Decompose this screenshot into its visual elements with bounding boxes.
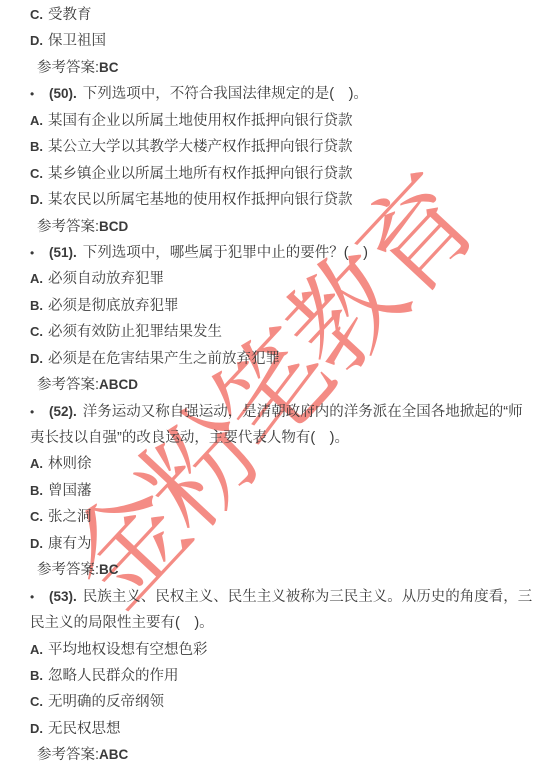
option-line: A.林则徐: [30, 451, 525, 477]
option-line: C.受教育: [30, 2, 525, 28]
answer-value: ABCD: [99, 377, 138, 392]
question-number: (51).: [49, 245, 77, 260]
answer-value: BC: [99, 60, 119, 75]
option-text: 必须有效防止犯罪结果发生: [48, 324, 222, 340]
answer-line: 参考答案:BCD: [30, 214, 525, 240]
answer-label: 参考答案:: [37, 377, 99, 393]
option-text: 受教育: [48, 7, 92, 23]
option-line: D.必须是在危害结果产生之前放弃犯罪: [30, 346, 525, 372]
option-text: 某公立大学以其教学大楼产权作抵押向银行贷款: [48, 139, 353, 155]
option-text: 必须自动放弃犯罪: [48, 271, 164, 287]
answer-line: 参考答案:BC: [30, 557, 525, 583]
option-text: 某农民以所属宅基地的使用权作抵押向银行贷款: [48, 192, 353, 208]
option-text: 保卫祖国: [48, 33, 106, 49]
option-line: B.忽略人民群众的作用: [30, 663, 525, 689]
option-label: B.: [30, 293, 48, 319]
continuation-line: 夷长技以自强”的改良运动，主要代表人物有( )。: [30, 425, 525, 451]
question-text-continued: 夷长技以自强”的改良运动，主要代表人物有( )。: [30, 430, 349, 446]
question-number: (52).: [49, 404, 77, 419]
answer-value: ABC: [99, 747, 128, 762]
answer-line: 参考答案:BC: [30, 55, 525, 81]
option-text: 必须是在危害结果产生之前放弃犯罪: [48, 351, 280, 367]
option-label: A.: [30, 451, 48, 477]
option-line: A.平均地权设想有空想色彩: [30, 637, 525, 663]
answer-line: 参考答案:ABC: [30, 742, 525, 768]
option-line: C.张之洞: [30, 504, 525, 530]
option-label: C.: [30, 161, 48, 187]
option-label: C.: [30, 2, 48, 28]
option-line: C.必须有效防止犯罪结果发生: [30, 319, 525, 345]
option-label: D.: [30, 716, 48, 742]
option-label: C.: [30, 689, 48, 715]
option-text: 某乡镇企业以所属土地所有权作抵押向银行贷款: [48, 166, 353, 182]
option-label: C.: [30, 504, 48, 530]
bullet-icon: •: [30, 584, 49, 610]
option-text: 必须是彻底放弃犯罪: [48, 298, 179, 314]
document-lines: C.受教育D.保卫祖国参考答案:BC•(50).下列选项中，不符合我国法律规定的…: [0, 0, 553, 768]
option-line: D.康有为: [30, 531, 525, 557]
question-line: •(50).下列选项中，不符合我国法律规定的是( )。: [30, 81, 525, 107]
option-line: A.某国有企业以所属土地使用权作抵押向银行贷款: [30, 108, 525, 134]
option-line: B.某公立大学以其教学大楼产权作抵押向银行贷款: [30, 134, 525, 160]
option-text: 康有为: [48, 536, 92, 552]
option-text: 无民权思想: [48, 721, 121, 737]
option-label: D.: [30, 346, 48, 372]
answer-value: BCD: [99, 219, 128, 234]
question-text: 洋务运动又称自强运动，是清朝政府内的洋务派在全国各地掀起的“师: [83, 404, 523, 420]
option-line: B.曾国藩: [30, 478, 525, 504]
option-text: 曾国藩: [48, 483, 92, 499]
bullet-icon: •: [30, 81, 49, 107]
option-text: 张之洞: [48, 509, 92, 525]
option-label: D.: [30, 531, 48, 557]
option-label: D.: [30, 187, 48, 213]
option-label: B.: [30, 478, 48, 504]
question-text: 民族主义、民权主义、民生主义被称为三民主义。从历史的角度看，三: [83, 589, 533, 605]
option-text: 某国有企业以所属土地使用权作抵押向银行贷款: [48, 113, 353, 129]
question-line: •(52).洋务运动又称自强运动，是清朝政府内的洋务派在全国各地掀起的“师: [30, 399, 525, 425]
answer-label: 参考答案:: [37, 562, 99, 578]
option-label: A.: [30, 637, 48, 663]
option-line: D.保卫祖国: [30, 28, 525, 54]
answer-label: 参考答案:: [37, 747, 99, 763]
option-line: D.某农民以所属宅基地的使用权作抵押向银行贷款: [30, 187, 525, 213]
question-text-continued: 民主义的局限性主要有( )。: [30, 615, 214, 631]
question-line: •(53).民族主义、民权主义、民生主义被称为三民主义。从历史的角度看，三: [30, 584, 525, 610]
question-text: 下列选项中，不符合我国法律规定的是( )。: [83, 86, 368, 102]
question-line: •(51).下列选项中，哪些属于犯罪中止的要件？( ): [30, 240, 525, 266]
answer-label: 参考答案:: [37, 219, 99, 235]
continuation-line: 民主义的局限性主要有( )。: [30, 610, 525, 636]
option-line: D.无民权思想: [30, 716, 525, 742]
option-line: A.必须自动放弃犯罪: [30, 266, 525, 292]
option-line: B.必须是彻底放弃犯罪: [30, 293, 525, 319]
bullet-icon: •: [30, 240, 49, 266]
option-line: C.无明确的反帝纲领: [30, 689, 525, 715]
option-text: 林则徐: [48, 456, 92, 472]
option-label: D.: [30, 28, 48, 54]
document-page: 金粉笔教育 C.受教育D.保卫祖国参考答案:BC•(50).下列选项中，不符合我…: [0, 0, 553, 768]
bullet-icon: •: [30, 399, 49, 425]
question-number: (50).: [49, 86, 77, 101]
answer-label: 参考答案:: [37, 60, 99, 76]
question-text: 下列选项中，哪些属于犯罪中止的要件？( ): [83, 245, 368, 261]
option-line: C.某乡镇企业以所属土地所有权作抵押向银行贷款: [30, 161, 525, 187]
answer-value: BC: [99, 562, 119, 577]
option-text: 无明确的反帝纲领: [48, 694, 164, 710]
option-label: B.: [30, 134, 48, 160]
question-number: (53).: [49, 589, 77, 604]
answer-line: 参考答案:ABCD: [30, 372, 525, 398]
option-text: 平均地权设想有空想色彩: [48, 642, 208, 658]
option-text: 忽略人民群众的作用: [48, 668, 179, 684]
option-label: C.: [30, 319, 48, 345]
option-label: A.: [30, 108, 48, 134]
option-label: B.: [30, 663, 48, 689]
option-label: A.: [30, 266, 48, 292]
